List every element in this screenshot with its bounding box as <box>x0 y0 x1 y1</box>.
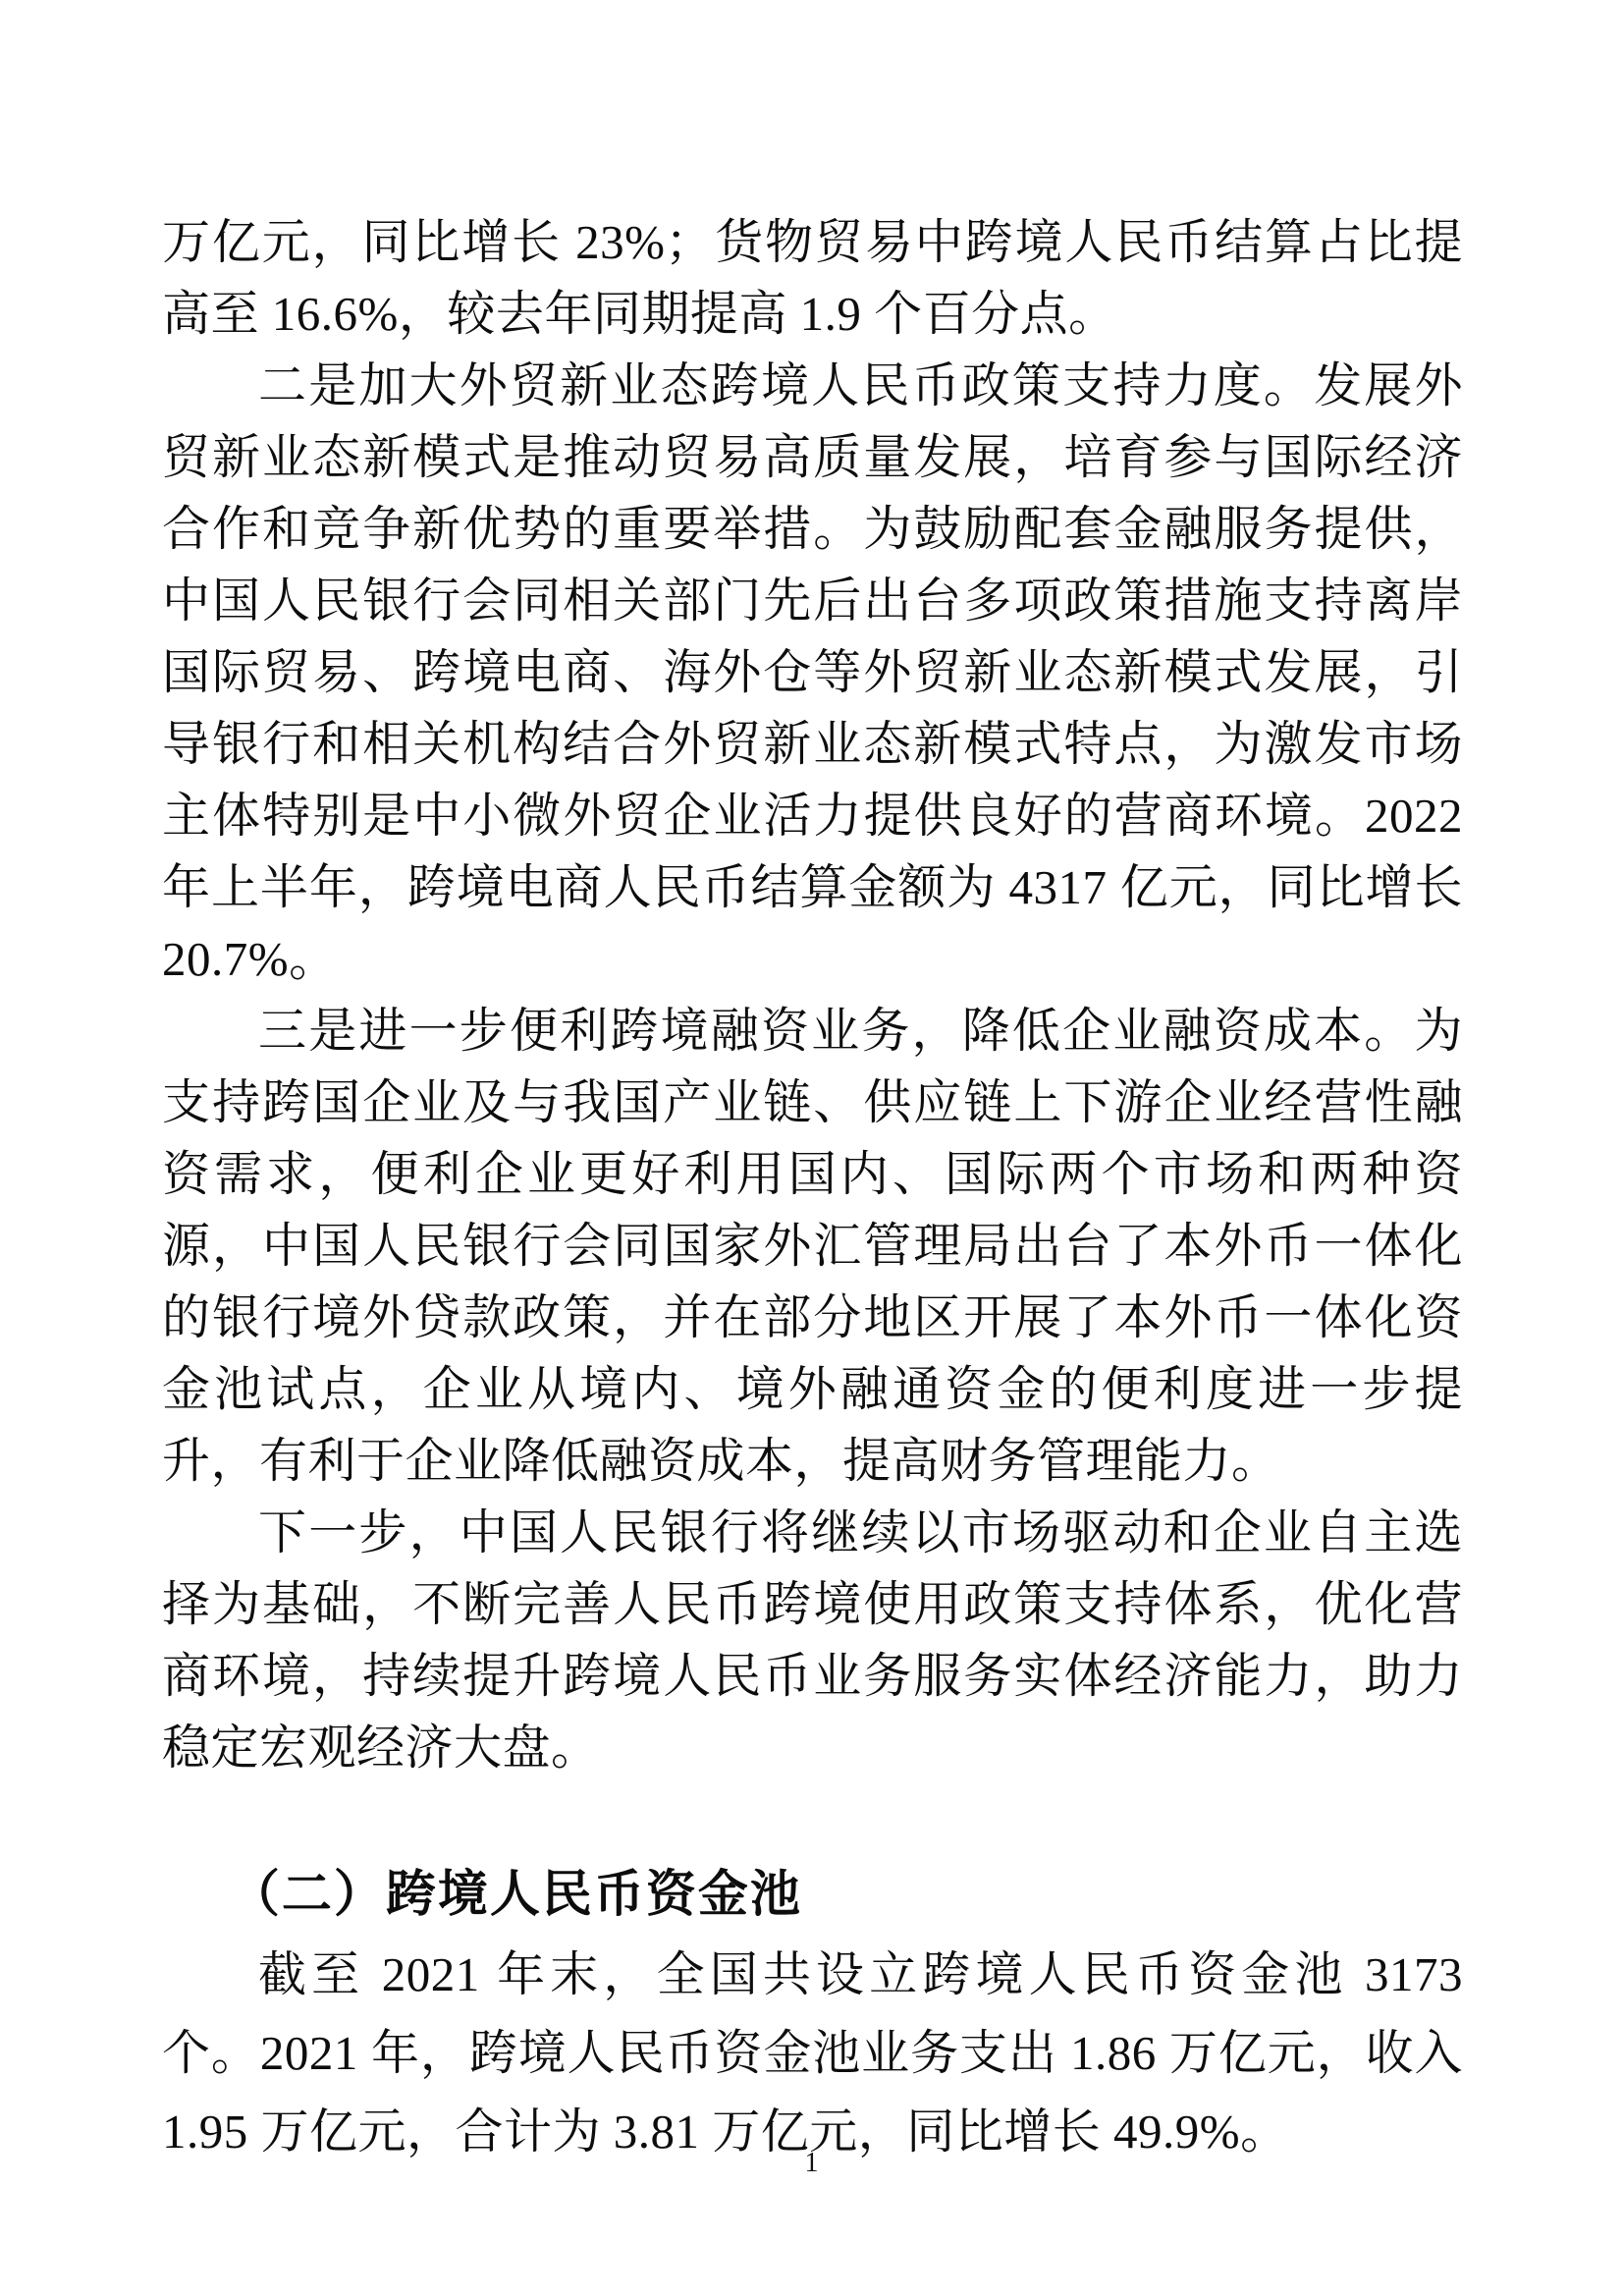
paragraph-continuation: 万亿元，同比增长 23%；货物贸易中跨境人民币结算占比提高至 16.6%，较去年… <box>162 206 1463 350</box>
section-heading: （二）跨境人民币资金池 <box>162 1860 1463 1932</box>
page-number: 1 <box>0 2147 1623 2180</box>
paragraph-point-two: 二是加大外贸新业态跨境人民币政策支持力度。发展外贸新业态新模式是推动贸易高质量发… <box>162 350 1463 995</box>
paragraph-point-three: 三是进一步便利跨境融资业务，降低企业融资成本。为支持跨国企业及与我国产业链、供应… <box>162 995 1463 1497</box>
paragraph-pool-overview: 截至 2021 年末，全国共设立跨境人民币资金池 3173 个。2021 年，跨… <box>162 1936 1463 2171</box>
page-content: 万亿元，同比增长 23%；货物贸易中跨境人民币结算占比提高至 16.6%，较去年… <box>162 206 1463 2171</box>
document-page: 万亿元，同比增长 23%；货物贸易中跨境人民币结算占比提高至 16.6%，较去年… <box>0 0 1623 2296</box>
paragraph-next-step: 下一步，中国人民银行将继续以市场驱动和企业自主选择为基础，不断完善人民币跨境使用… <box>162 1497 1463 1783</box>
